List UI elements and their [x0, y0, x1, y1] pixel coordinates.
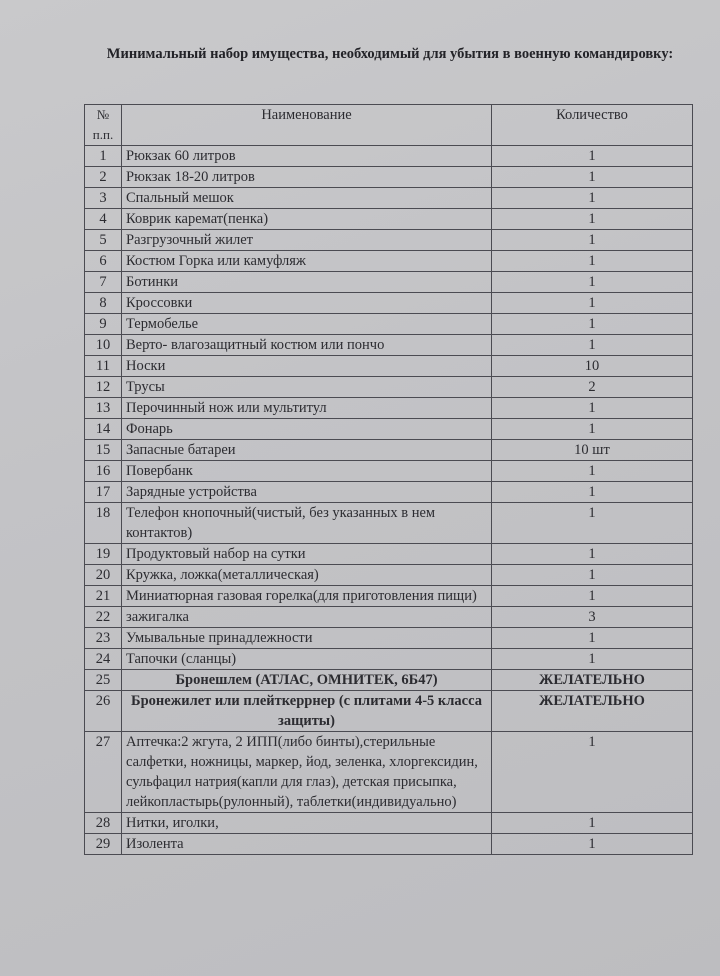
row-number: 2: [85, 167, 122, 188]
row-number: 10: [85, 335, 122, 356]
row-number: 8: [85, 293, 122, 314]
table-row: 19Продуктовый набор на сутки1: [85, 544, 693, 565]
row-number: 25: [85, 670, 122, 691]
table-row: 18Телефон кнопочный(чистый, без указанны…: [85, 503, 693, 544]
table-row: 21Миниатюрная газовая горелка(для пригот…: [85, 586, 693, 607]
item-quantity: 1: [492, 146, 693, 167]
item-quantity: 2: [492, 377, 693, 398]
row-number: 22: [85, 607, 122, 628]
item-name: Кружка, ложка(металлическая): [122, 565, 492, 586]
item-quantity: 1: [492, 503, 693, 544]
row-number: 17: [85, 482, 122, 503]
row-number: 14: [85, 419, 122, 440]
item-name: Костюм Горка или камуфляж: [122, 251, 492, 272]
row-number: 6: [85, 251, 122, 272]
item-name: Миниатюрная газовая горелка(для приготов…: [122, 586, 492, 607]
table-row: 29Изолента1: [85, 834, 693, 855]
item-name: Верто- влагозащитный костюм или пончо: [122, 335, 492, 356]
table-row: 1Рюкзак 60 литров1: [85, 146, 693, 167]
table-row: 6Костюм Горка или камуфляж1: [85, 251, 693, 272]
item-quantity: 10: [492, 356, 693, 377]
item-quantity: ЖЕЛАТЕЛЬНО: [492, 691, 693, 732]
row-number: 29: [85, 834, 122, 855]
table-row: 28Нитки, иголки,1: [85, 813, 693, 834]
item-name: Аптечка:2 жгута, 2 ИПП(либо бинты),стери…: [122, 732, 492, 813]
row-number: 19: [85, 544, 122, 565]
row-number: 5: [85, 230, 122, 251]
item-quantity: ЖЕЛАТЕЛЬНО: [492, 670, 693, 691]
table-row: 25Бронешлем (АТЛАС, ОМНИТЕК, 6Б47)ЖЕЛАТЕ…: [85, 670, 693, 691]
equipment-table: № п.п. Наименование Количество 1Рюкзак 6…: [84, 104, 693, 855]
item-name: Изолента: [122, 834, 492, 855]
item-quantity: 10 шт: [492, 440, 693, 461]
item-quantity: 1: [492, 209, 693, 230]
header-qty: Количество: [492, 105, 693, 146]
item-name: Запасные батареи: [122, 440, 492, 461]
item-name: Спальный мешок: [122, 188, 492, 209]
header-name: Наименование: [122, 105, 492, 146]
row-number: 12: [85, 377, 122, 398]
item-quantity: 1: [492, 565, 693, 586]
page-title: Минимальный набор имущества, необходимый…: [80, 42, 700, 67]
item-name: Повербанк: [122, 461, 492, 482]
item-name: Бронежилет или плейткеррнер (с плитами 4…: [122, 691, 492, 732]
item-quantity: 1: [492, 251, 693, 272]
row-number: 28: [85, 813, 122, 834]
table-row: 3Спальный мешок1: [85, 188, 693, 209]
item-name: Бронешлем (АТЛАС, ОМНИТЕК, 6Б47): [122, 670, 492, 691]
item-quantity: 1: [492, 461, 693, 482]
item-quantity: 1: [492, 628, 693, 649]
table-row: 2Рюкзак 18-20 литров1: [85, 167, 693, 188]
table-row: 12Трусы2: [85, 377, 693, 398]
table-row: 20Кружка, ложка(металлическая)1: [85, 565, 693, 586]
item-quantity: 1: [492, 230, 693, 251]
row-number: 11: [85, 356, 122, 377]
row-number: 20: [85, 565, 122, 586]
item-quantity: 1: [492, 314, 693, 335]
table-row: 22зажигалка3: [85, 607, 693, 628]
item-name: Умывальные принадлежности: [122, 628, 492, 649]
item-quantity: 1: [492, 188, 693, 209]
row-number: 16: [85, 461, 122, 482]
item-quantity: 1: [492, 813, 693, 834]
item-name: Рюкзак 60 литров: [122, 146, 492, 167]
item-name: Зарядные устройства: [122, 482, 492, 503]
row-number: 7: [85, 272, 122, 293]
item-name: Кроссовки: [122, 293, 492, 314]
row-number: 3: [85, 188, 122, 209]
table-row: 23Умывальные принадлежности1: [85, 628, 693, 649]
item-name: Носки: [122, 356, 492, 377]
header-num: № п.п.: [85, 105, 122, 146]
row-number: 4: [85, 209, 122, 230]
item-name: Телефон кнопочный(чистый, без указанных …: [122, 503, 492, 544]
table-row: 11Носки10: [85, 356, 693, 377]
table-row: 15Запасные батареи10 шт: [85, 440, 693, 461]
table-row: 26Бронежилет или плейткеррнер (с плитами…: [85, 691, 693, 732]
item-name: Трусы: [122, 377, 492, 398]
row-number: 27: [85, 732, 122, 813]
item-quantity: 1: [492, 649, 693, 670]
table-row: 7Ботинки1: [85, 272, 693, 293]
table-row: 9Термобелье1: [85, 314, 693, 335]
item-name: Перочинный нож или мультитул: [122, 398, 492, 419]
table-header-row: № п.п. Наименование Количество: [85, 105, 693, 146]
item-name: Рюкзак 18-20 литров: [122, 167, 492, 188]
item-quantity: 1: [492, 482, 693, 503]
item-name: зажигалка: [122, 607, 492, 628]
item-name: Коврик каремат(пенка): [122, 209, 492, 230]
item-quantity: 1: [492, 586, 693, 607]
item-quantity: 1: [492, 834, 693, 855]
table-row: 24Тапочки (сланцы)1: [85, 649, 693, 670]
item-quantity: 1: [492, 544, 693, 565]
row-number: 24: [85, 649, 122, 670]
item-name: Тапочки (сланцы): [122, 649, 492, 670]
item-quantity: 1: [492, 419, 693, 440]
item-quantity: 1: [492, 335, 693, 356]
table-row: 13Перочинный нож или мультитул1: [85, 398, 693, 419]
row-number: 9: [85, 314, 122, 335]
item-quantity: 1: [492, 293, 693, 314]
item-quantity: 1: [492, 167, 693, 188]
item-name: Разгрузочный жилет: [122, 230, 492, 251]
item-name: Термобелье: [122, 314, 492, 335]
row-number: 18: [85, 503, 122, 544]
row-number: 13: [85, 398, 122, 419]
item-name: Фонарь: [122, 419, 492, 440]
row-number: 26: [85, 691, 122, 732]
item-quantity: 1: [492, 272, 693, 293]
item-quantity: 1: [492, 398, 693, 419]
table-row: 4Коврик каремат(пенка)1: [85, 209, 693, 230]
table-row: 14Фонарь1: [85, 419, 693, 440]
item-quantity: 1: [492, 732, 693, 813]
row-number: 1: [85, 146, 122, 167]
row-number: 15: [85, 440, 122, 461]
table-row: 17Зарядные устройства1: [85, 482, 693, 503]
table-row: 16Повербанк1: [85, 461, 693, 482]
item-name: Ботинки: [122, 272, 492, 293]
item-name: Нитки, иголки,: [122, 813, 492, 834]
table-row: 8Кроссовки1: [85, 293, 693, 314]
table-row: 27Аптечка:2 жгута, 2 ИПП(либо бинты),сте…: [85, 732, 693, 813]
row-number: 23: [85, 628, 122, 649]
item-quantity: 3: [492, 607, 693, 628]
table-row: 10Верто- влагозащитный костюм или пончо1: [85, 335, 693, 356]
table-body: 1Рюкзак 60 литров12Рюкзак 18-20 литров13…: [85, 146, 693, 855]
item-name: Продуктовый набор на сутки: [122, 544, 492, 565]
row-number: 21: [85, 586, 122, 607]
table-row: 5Разгрузочный жилет1: [85, 230, 693, 251]
